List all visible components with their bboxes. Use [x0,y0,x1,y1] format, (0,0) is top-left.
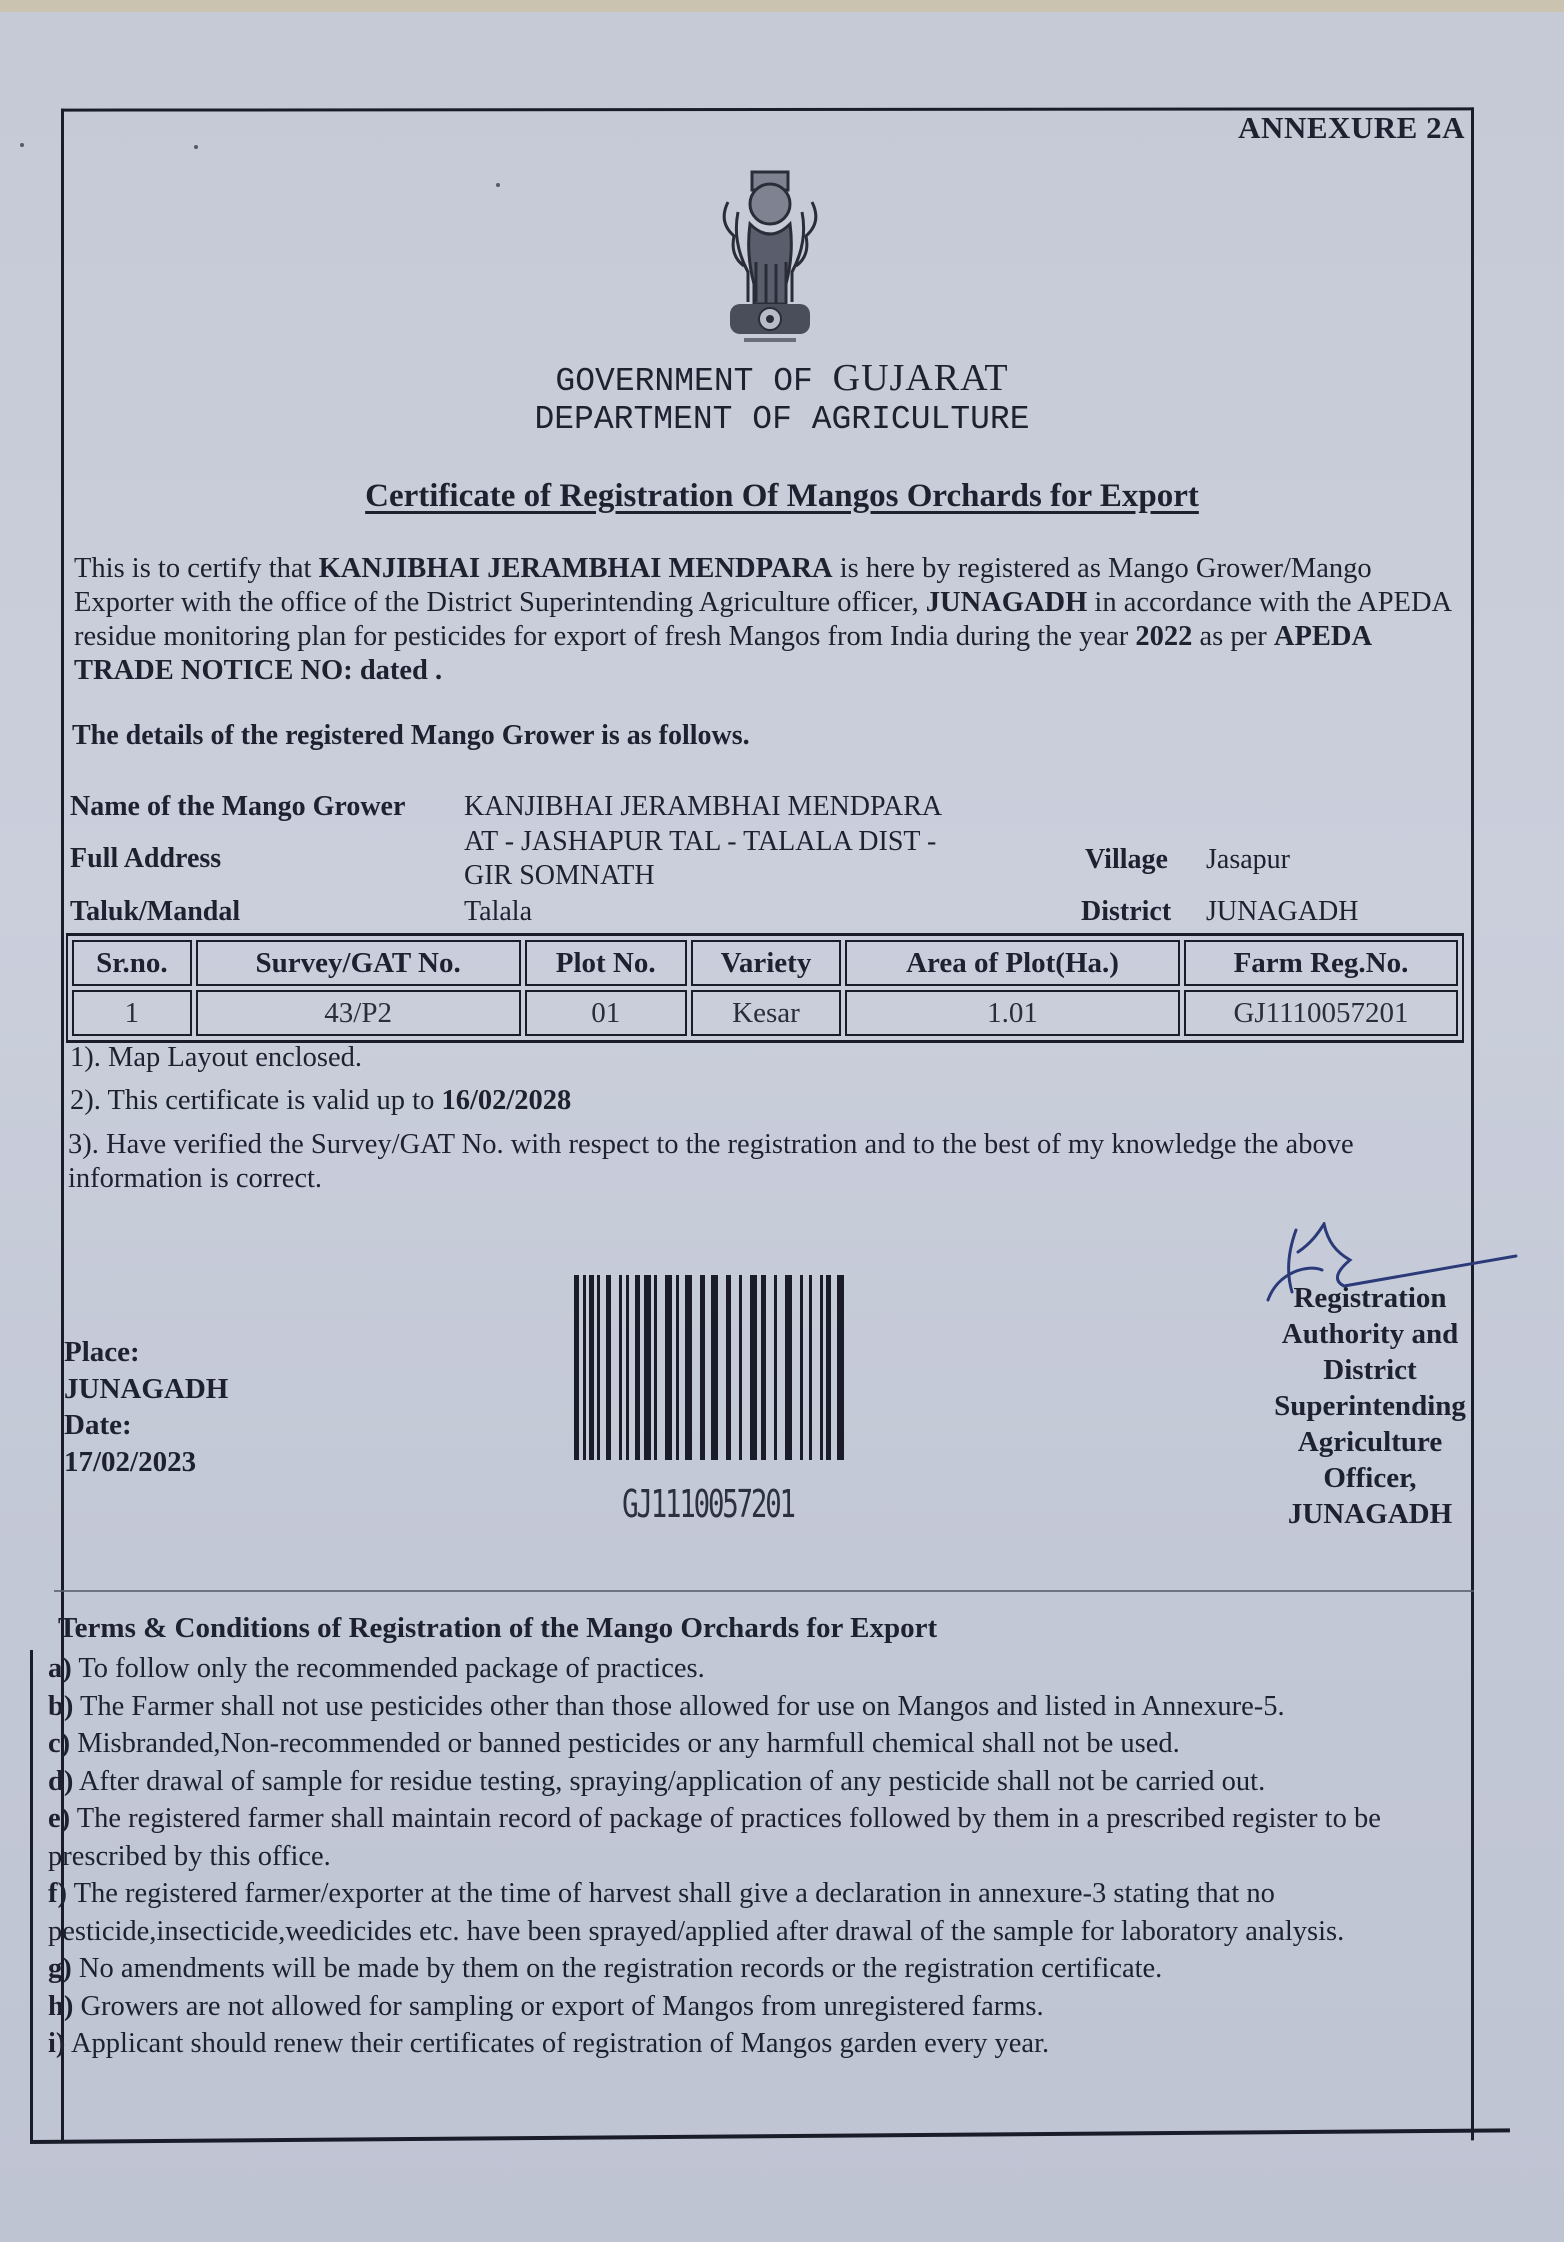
national-emblem-icon [708,152,832,352]
col-survey-gat: Survey/GAT No. [196,940,521,986]
terms-item-key: h) [48,1991,73,2022]
state-name: GUJARAT [833,357,1009,399]
date-value: 17/02/2023 [64,1444,228,1481]
terms-item-text: The Farmer shall not use pesticides othe… [73,1691,1284,1722]
place-value: JUNAGADH [64,1371,228,1408]
terms-item-key: d) [48,1766,73,1797]
date-label: Date: [64,1407,228,1444]
validity-text: 2). This certificate is valid up to [70,1085,441,1116]
plot-table: Sr.no. Survey/GAT No. Plot No. Variety A… [66,933,1464,1043]
terms-item-key: f) [48,1878,67,1909]
address-line2: GIR SOMNATH [464,860,655,892]
terms-item: g) No amendments will be made by them on… [48,1950,1488,1988]
speck [194,145,198,149]
grower-name: KANJIBHAI JERAMBHAI MENDPARA [319,553,833,584]
barcode-number: GJ1110057201 [610,1482,806,1526]
terms-item-text: Applicant should renew their certificate… [65,2028,1049,2059]
village-label: Village [1085,844,1168,876]
cell-farm-reg: GJ1110057201 [1184,990,1458,1036]
note-map-layout: 1). Map Layout enclosed. [70,1042,362,1074]
terms-item-key: e) [48,1803,70,1834]
authority-line: Officer, [1240,1460,1500,1496]
grower-name-label: Name of the Mango Grower [70,791,405,823]
col-area: Area of Plot(Ha.) [845,940,1180,986]
terms-item: e) The registered farmer shall maintain … [48,1800,1488,1875]
terms-item: c) Misbranded,Non-recommended or banned … [48,1725,1488,1763]
note-verification: 3). Have verified the Survey/GAT No. wit… [68,1128,1448,1196]
district-label: District [1081,896,1171,928]
district-value: JUNAGADH [1206,896,1358,928]
registration-year: 2022 [1135,621,1192,652]
authority-line: District [1240,1352,1500,1388]
terms-item-key: g) [48,1953,72,1984]
cell-area: 1.01 [845,990,1180,1036]
terms-item: i) Applicant should renew their certific… [48,2025,1488,2063]
authority-line: JUNAGADH [1240,1496,1500,1532]
cell-variety: Kesar [691,990,841,1036]
paper-top-edge [0,0,1564,12]
authority-line: Agriculture [1240,1424,1500,1460]
address-line1: AT - JASHAPUR TAL - TALALA DIST - [464,826,936,858]
terms-item: d) After drawal of sample for residue te… [48,1763,1488,1801]
terms-item: f) The registered farmer/exporter at the… [48,1875,1488,1950]
col-farm-reg: Farm Reg.No. [1184,940,1458,986]
table-header-row: Sr.no. Survey/GAT No. Plot No. Variety A… [72,940,1458,986]
table-row: 1 43/P2 01 Kesar 1.01 GJ1110057201 [72,990,1458,1036]
government-heading: GOVERNMENT OF GUJARAT [0,356,1564,400]
col-plot-no: Plot No. [525,940,687,986]
place-date-block: Place: JUNAGADH Date: 17/02/2023 [64,1334,228,1480]
col-variety: Variety [691,940,841,986]
cell-plot-no: 01 [525,990,687,1036]
office-name: JUNAGADH [926,587,1088,618]
details-heading: The details of the registered Mango Grow… [72,720,750,752]
place-label: Place: [64,1334,228,1371]
certify-paragraph: This is to certify that KANJIBHAI JERAMB… [74,552,1474,688]
authority-line: Registration [1240,1280,1500,1316]
taluk-label: Taluk/Mandal [70,896,240,928]
taluk-value: Talala [464,896,532,928]
note-validity: 2). This certificate is valid up to 16/0… [70,1085,571,1117]
cell-sr-no: 1 [72,990,192,1036]
registration-authority: Registration Authority and District Supe… [1240,1280,1500,1532]
terms-item-text: To follow only the recommended package o… [72,1653,705,1684]
terms-item-key: i) [48,2028,65,2059]
village-value: Jasapur [1206,844,1290,876]
government-of: GOVERNMENT OF [555,363,812,400]
terms-item: h) Growers are not allowed for sampling … [48,1988,1488,2026]
terms-item-text: After drawal of sample for residue testi… [73,1766,1265,1797]
terms-list: a) To follow only the recommended packag… [48,1650,1488,2063]
annexure-label: ANNEXURE 2A [1238,110,1465,146]
grower-name-value: KANJIBHAI JERAMBHAI MENDPARA [464,791,942,823]
terms-border-left [30,1650,33,2142]
terms-item-text: Misbranded,Non-recommended or banned pes… [70,1728,1180,1759]
section-divider [54,1590,1474,1592]
authority-line: Authority and [1240,1316,1500,1352]
terms-item-text: The registered farmer shall maintain rec… [48,1803,1381,1872]
terms-item: a) To follow only the recommended packag… [48,1650,1488,1688]
department-heading: DEPARTMENT OF AGRICULTURE [0,401,1564,438]
barcode-icon [572,1275,844,1460]
terms-item: b) The Farmer shall not use pesticides o… [48,1688,1488,1726]
speck [20,143,24,147]
terms-item-key: b) [48,1691,73,1722]
col-sr-no: Sr.no. [72,940,192,986]
speck [496,183,500,187]
terms-item-text: The registered farmer/exporter at the ti… [48,1878,1344,1947]
valid-until-date: 16/02/2028 [441,1085,571,1116]
authority-line: Superintending [1240,1388,1500,1424]
certify-text: This is to certify that [74,553,319,584]
certificate-title: Certificate of Registration Of Mangos Or… [0,478,1564,515]
terms-item-text: No amendments will be made by them on th… [72,1953,1163,1984]
address-label: Full Address [70,843,221,875]
terms-item-key: a) [48,1653,72,1684]
cell-survey-gat: 43/P2 [196,990,521,1036]
certify-text: as per [1192,621,1274,652]
terms-item-text: Growers are not allowed for sampling or … [73,1991,1043,2022]
terms-heading: Terms & Conditions of Registration of th… [58,1612,937,1645]
terms-item-key: c) [48,1728,70,1759]
